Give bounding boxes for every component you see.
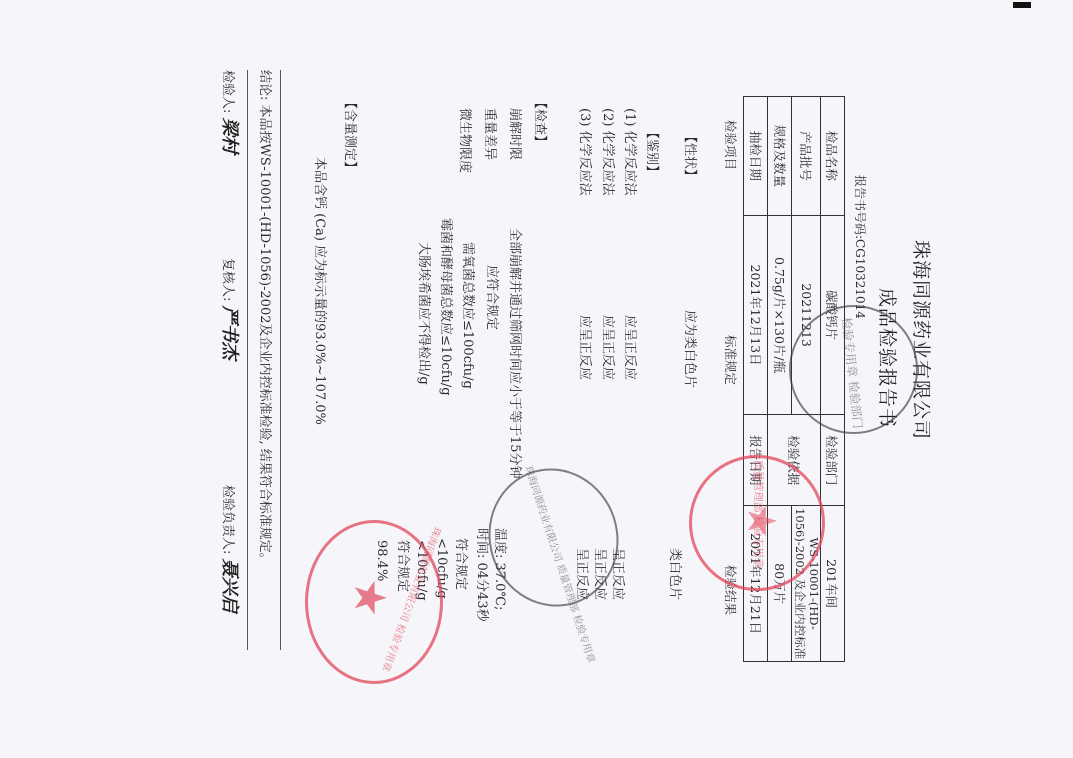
scan-edge-mark bbox=[1013, 2, 1031, 8]
conclusion-bottom-rule bbox=[247, 70, 248, 650]
ident-1-result: 呈正反应 bbox=[611, 548, 624, 600]
microbial-result-1: <10cfu/g bbox=[435, 538, 448, 599]
inspector-label: 检验人: bbox=[220, 70, 235, 113]
section-assay-heading: 【含量测定】 bbox=[343, 96, 356, 174]
col-header-item: 检验项目 bbox=[724, 120, 737, 170]
disintegration-standard: 全部崩解并通过筛网时间应小于等于15分钟 bbox=[508, 228, 521, 479]
section-inspection-heading: 【检查】 bbox=[533, 96, 546, 148]
table-row: 规格及数量 0.75g/片×130片/瓶 80万片 bbox=[768, 97, 792, 662]
ident-2-standard: 应呈正反应 bbox=[601, 315, 614, 380]
ident-3-name: (3) 化学反应法 bbox=[578, 108, 591, 196]
assay-result: 98.4% bbox=[375, 540, 388, 581]
inspection-report-page: 珠海同源药业有限公司 成品检验报告书 报告书号码:CG10321014 检品名称… bbox=[0, 0, 1073, 758]
label-report-date: 报告日期 bbox=[744, 415, 768, 506]
label-product-name: 检品名称 bbox=[821, 97, 845, 216]
ident-2-result: 呈正反应 bbox=[593, 548, 606, 600]
disintegration-name: 崩解时限 bbox=[508, 108, 521, 160]
label-basis: 检验依据 bbox=[768, 415, 821, 506]
section-identification-heading: 【鉴别】 bbox=[645, 126, 658, 178]
section-appearance-heading: 【性状】 bbox=[683, 130, 696, 182]
company-name: 珠海同源药业有限公司 bbox=[911, 240, 930, 440]
ident-1-standard: 应呈正反应 bbox=[623, 315, 636, 380]
supervisor-name: 聂兴启 bbox=[219, 559, 240, 613]
assay-standard: 本品含钙 (Ca) 应为标示量的93.0%~107.0% bbox=[313, 157, 326, 425]
supervisor-label: 检验负责人: bbox=[220, 485, 235, 554]
table-row: 抽检日期 2021年12月13日 报告日期 2021年12月21日 bbox=[744, 97, 768, 662]
report-number-label: 报告书号码: bbox=[853, 175, 867, 239]
appearance-standard: 应为类白色片 bbox=[683, 310, 696, 388]
weight-variation-result: 符合规定 bbox=[454, 538, 467, 590]
inspector-name: 梁村 bbox=[219, 118, 240, 154]
microbial-result-3: 符合规定 bbox=[396, 540, 409, 592]
label-sample-date: 抽检日期 bbox=[744, 97, 768, 216]
value-product-name: 碳酸钙片 bbox=[821, 215, 845, 415]
ident-3-result: 呈正反应 bbox=[575, 548, 588, 600]
value-spec: 0.75g/片×130片/瓶 bbox=[768, 215, 792, 415]
reviewer-label: 复核人: bbox=[220, 258, 235, 301]
microbial-result-2: <10cfu/g bbox=[415, 540, 428, 601]
col-header-standard: 标准规定 bbox=[724, 335, 737, 385]
product-info-table: 检品名称 碳酸钙片 检验部门 201车间 产品批号 20211213 检验依据 … bbox=[743, 96, 845, 662]
label-spec: 规格及数量 bbox=[768, 97, 792, 216]
value-dept: 201车间 bbox=[821, 506, 845, 662]
weight-variation-name: 重量差异 bbox=[483, 108, 496, 160]
conclusion-top-rule bbox=[280, 70, 281, 650]
ident-1-name: (1) 化学反应法 bbox=[623, 108, 636, 196]
microbial-standard-1: 需氧菌总数应≤100cfu/g bbox=[461, 242, 474, 389]
microbial-standard-2: 霉菌和酵母菌总数应≤10cfu/g bbox=[439, 218, 452, 396]
report-number-value: CG10321014 bbox=[853, 239, 867, 319]
label-dept: 检验部门 bbox=[821, 415, 845, 506]
reviewer-name: 严书杰 bbox=[219, 306, 240, 360]
value-sample-date: 2021年12月13日 bbox=[744, 215, 768, 415]
ident-3-standard: 应呈正反应 bbox=[578, 315, 591, 380]
star-icon: ★ bbox=[344, 578, 395, 617]
reviewer-signature: 复核人: 严书杰 bbox=[220, 258, 238, 360]
weight-variation-standard: 应符合规定 bbox=[485, 265, 498, 330]
col-header-result: 检验结果 bbox=[724, 565, 737, 615]
disintegration-time: 时间: 04分43秒 bbox=[475, 528, 488, 622]
value-report-date: 2021年12月21日 bbox=[744, 506, 768, 662]
supervisor-signature: 检验负责人: 聂兴启 bbox=[220, 485, 238, 613]
table-row: 产品批号 20211213 检验依据 WS-10001-(HD-1056)-20… bbox=[792, 97, 821, 662]
value-quantity: 80万片 bbox=[768, 506, 792, 662]
report-number: 报告书号码:CG10321014 bbox=[854, 175, 866, 319]
appearance-result: 类白色片 bbox=[668, 548, 681, 600]
value-basis: WS-10001-(HD-1056)-2002 及企业内控标准 bbox=[792, 506, 821, 662]
table-row: 检品名称 碳酸钙片 检验部门 201车间 bbox=[821, 97, 845, 662]
inspector-signature: 检验人: 梁村 bbox=[220, 70, 238, 154]
disintegration-temp: 温度: 37.0℃; bbox=[493, 528, 506, 610]
conclusion-text: 结论: 本品按WS-10001-(HD-1056)-2002及企业内控标准检验,… bbox=[258, 70, 271, 566]
report-title: 成品检验报告书 bbox=[877, 288, 896, 428]
value-batch: 20211213 bbox=[792, 215, 821, 415]
ident-2-name: (2) 化学反应法 bbox=[601, 108, 614, 196]
microbial-standard-3: 大肠埃希菌应不得检出/g bbox=[417, 242, 430, 385]
label-batch: 产品批号 bbox=[792, 97, 821, 216]
microbial-name: 微生物限度 bbox=[458, 108, 471, 173]
